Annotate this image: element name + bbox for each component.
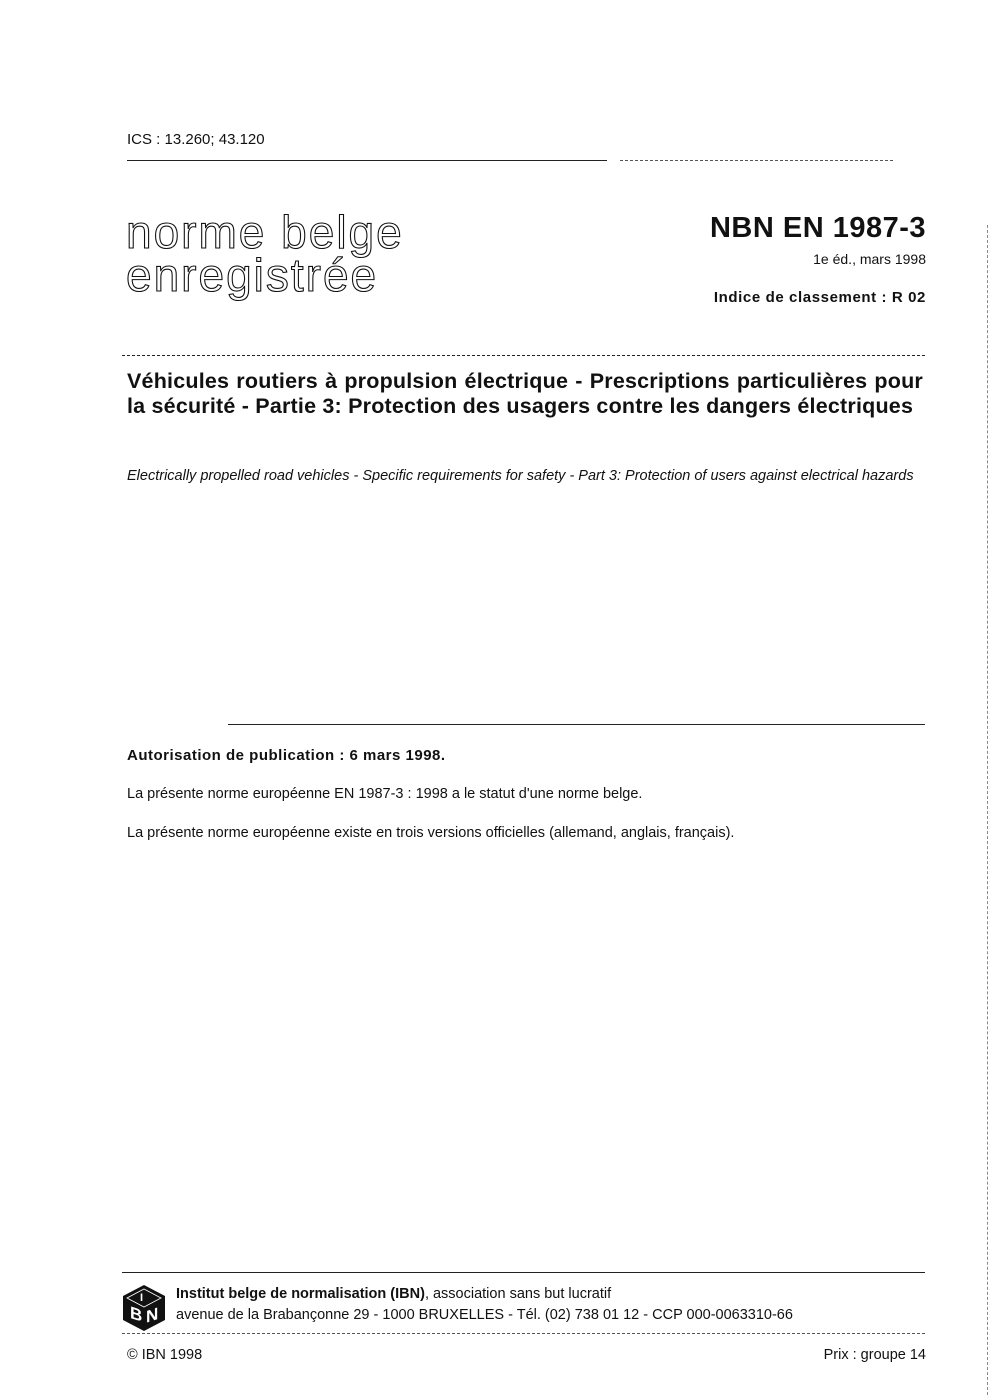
divider-footer-top — [122, 1272, 925, 1273]
svg-text:I: I — [140, 1292, 143, 1304]
classification-index: Indice de classement : R 02 — [714, 289, 926, 306]
divider-top — [127, 160, 607, 161]
standard-number: NBN EN 1987-3 — [710, 212, 926, 245]
institute-address: avenue de la Brabançonne 29 - 1000 BRUXE… — [176, 1307, 793, 1323]
divider-top-dashed — [620, 160, 893, 161]
svg-text:B: B — [130, 1302, 142, 1325]
edition: 1e éd., mars 1998 — [813, 251, 926, 267]
title-french: Véhicules routiers à propulsion électriq… — [127, 369, 923, 419]
svg-text:N: N — [146, 1303, 158, 1326]
divider-footer-bottom — [122, 1333, 925, 1334]
institute-name: Institut belge de normalisation (IBN) — [176, 1286, 425, 1302]
title-english: Electrically propelled road vehicles - S… — [127, 466, 927, 486]
brand-line-2: enregistrée — [126, 252, 378, 298]
divider-publication — [228, 724, 925, 725]
scan-margin-line — [987, 225, 988, 1395]
institute-line: Institut belge de normalisation (IBN), a… — [176, 1286, 611, 1302]
versions-note: La présente norme européenne existe en t… — [127, 825, 734, 841]
divider-title-top — [122, 355, 925, 356]
copyright: © IBN 1998 — [127, 1347, 202, 1363]
publication-authorization: Autorisation de publication : 6 mars 199… — [127, 747, 446, 764]
status-note: La présente norme européenne EN 1987-3 :… — [127, 786, 642, 802]
ics-code: ICS : 13.260; 43.120 — [127, 131, 265, 148]
institute-suffix: , association sans but lucratif — [425, 1286, 611, 1302]
price-group: Prix : groupe 14 — [824, 1347, 926, 1363]
ibn-logo-icon: B N I — [121, 1283, 167, 1333]
